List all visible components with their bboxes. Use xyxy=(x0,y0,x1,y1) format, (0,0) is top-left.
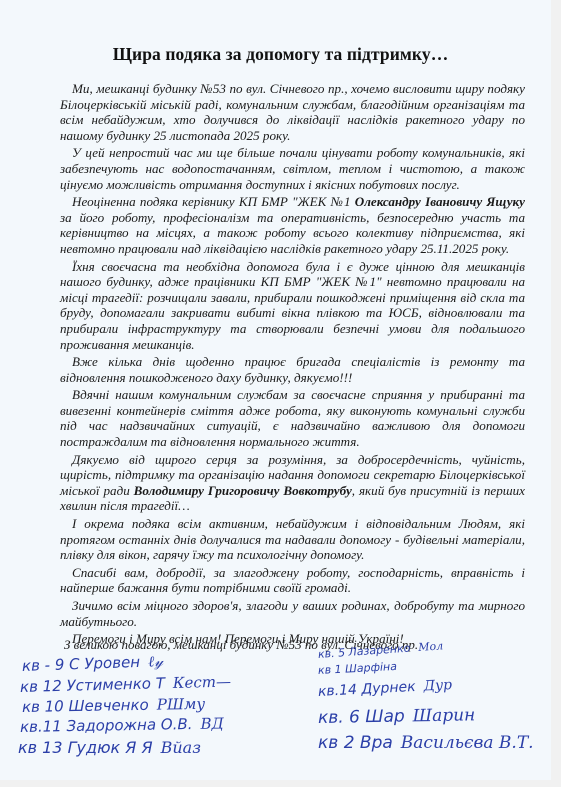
apartment-number: кв 2 xyxy=(318,733,360,753)
signature-left-3: кв 10 ШевченкоРШму xyxy=(22,695,205,716)
bold-name: Володимиру Григоровичу Вовкотрубу xyxy=(134,483,352,498)
paragraph-text: Вже кілька днів щоденно працює бригада с… xyxy=(60,354,525,385)
signature-mark: ВД xyxy=(200,714,224,732)
paragraph-text: Ми, мешканці будинку №53 по вул. Січнево… xyxy=(60,81,525,143)
signature-mark: Кест— xyxy=(173,672,232,692)
signature-right-5: кв 2 ВраВасильєва В.Т. xyxy=(318,733,534,753)
resident-name: Шар xyxy=(365,706,405,727)
apartment-number: кв. 6 xyxy=(318,707,366,728)
signature-mark: РШму xyxy=(157,695,206,714)
resident-name: Шевченко xyxy=(68,696,149,715)
paragraph-text: Зичимо всім міцного здоров'я, злагоди у … xyxy=(60,598,525,629)
paragraph-p9: Спасибі вам, добродії, за злагоджену роб… xyxy=(60,565,525,596)
signature-left-5: кв 13 Гудюк Я ЯВйаз xyxy=(18,738,201,757)
paragraph-p7: Дякуємо від щирого серця за розуміння, з… xyxy=(60,452,525,514)
paragraph-p2: У цей непростий час ми ще більше почали … xyxy=(60,145,525,192)
paragraph-text: Їхня своєчасна та необхідна допомога бул… xyxy=(60,259,525,352)
paragraph-p6: Вдячні нашим комунальним службам за своє… xyxy=(60,387,525,449)
paragraph-text: І окрема подяка всім активним, небайдужи… xyxy=(60,516,525,562)
apartment-number: кв 10 xyxy=(22,697,69,716)
resident-name: Устименко Т xyxy=(66,674,165,695)
apartment-number: кв.11 xyxy=(20,717,67,736)
signature-left-1: кв - 9 С Уровенℓ𝓎 xyxy=(22,652,164,676)
paragraph-p4: Їхня своєчасна та необхідна допомога бул… xyxy=(60,259,525,353)
signature-left-2: кв 12 Устименко ТКест— xyxy=(20,672,231,696)
signature-mark: Мол xyxy=(418,639,444,654)
paragraph-text: за його роботу, професіоналізм та операт… xyxy=(60,210,525,256)
signature-mark: Васильєва В.Т. xyxy=(401,733,534,753)
signature-right-2: кв 1 Шарфіна xyxy=(318,660,398,677)
signature-mark: ℓ𝓎 xyxy=(148,652,164,672)
signature-right-3: кв.14 ДурнекДур xyxy=(318,677,453,700)
document-title: Щира подяка за допомогу та підтримку… xyxy=(0,44,551,65)
paragraph-p3: Неоціненна подяка керівнику КП БМР "ЖЕК … xyxy=(60,194,525,256)
paragraph-text: Неоціненна подяка керівнику КП БМР "ЖЕК … xyxy=(72,194,355,209)
signature-left-4: кв.11 Задорожна О.В.ВД xyxy=(20,714,224,736)
resident-name: С Уровен xyxy=(69,653,141,673)
paragraph-p10: Зичимо всім міцного здоров'я, злагоди у … xyxy=(60,598,525,629)
document-body: Ми, мешканці будинку №53 по вул. Січнево… xyxy=(60,81,525,649)
apartment-number: кв 13 xyxy=(18,738,68,757)
paragraph-text: Спасибі вам, добродії, за злагоджену роб… xyxy=(60,565,525,596)
bold-name: Олександру Івановичу Ящуку xyxy=(355,194,525,209)
apartment-number: кв - 9 xyxy=(22,655,70,675)
resident-name: Вра xyxy=(360,733,393,753)
signature-right-4: кв. 6 ШарШарин xyxy=(318,705,476,728)
paragraph-text: У цей непростий час ми ще більше почали … xyxy=(60,145,525,191)
paragraph-p5: Вже кілька днів щоденно працює бригада с… xyxy=(60,354,525,385)
paragraph-text: Вдячні нашим комунальним службам за своє… xyxy=(60,387,525,449)
resident-name: Гудюк Я Я xyxy=(68,738,153,757)
paragraph-p1: Ми, мешканці будинку №53 по вул. Січнево… xyxy=(60,81,525,143)
signature-mark: Шарин xyxy=(413,705,476,726)
apartment-number: кв 12 xyxy=(20,677,67,696)
signature-mark: Вйаз xyxy=(161,738,201,757)
apartment-number: кв 1 xyxy=(318,663,346,677)
paragraph-p8: І окрема подяка всім активним, небайдужи… xyxy=(60,516,525,563)
resident-name: Дурнек xyxy=(361,679,416,698)
resident-name: Шарфіна xyxy=(345,660,397,676)
apartment-number: кв.14 xyxy=(318,682,362,700)
signature-mark: Дур xyxy=(423,677,452,694)
apartment-number: кв. 5 xyxy=(318,646,349,661)
document-page: Щира подяка за допомогу та підтримку… Ми… xyxy=(0,0,551,780)
resident-name: Задорожна О.В. xyxy=(66,715,192,735)
